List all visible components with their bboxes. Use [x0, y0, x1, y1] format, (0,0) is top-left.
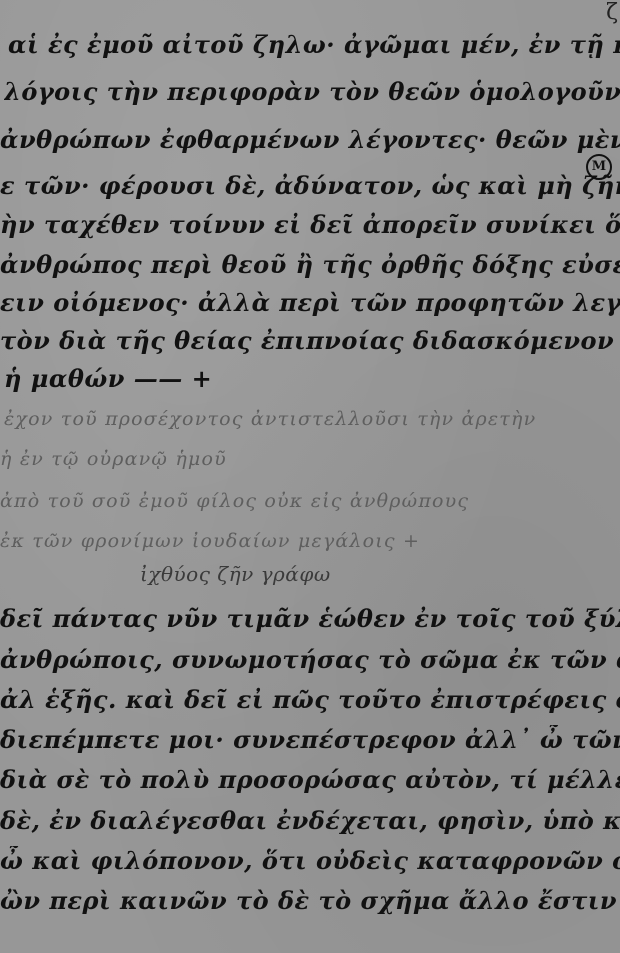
text-line: ἡ μαθών —— +: [4, 364, 620, 393]
faint-text-line: ἐχον τοῦ προσέχοντος ἀντιστελλοῦσι τὴν ἀ…: [4, 408, 620, 430]
text-line: δεῖ πάντας νῦν τιμᾶν ἑώθεν ἐν τοῖς τοῦ ξ…: [0, 604, 620, 633]
text-line: λόγοις τὴν περιφορὰν τὸν θεῶν ὁμολογοῦντ…: [4, 77, 620, 106]
corner-folio-mark: ζ: [606, 0, 618, 25]
text-line: ὴν ταχέθεν τοίνυν εἰ δεῖ ἀπορεῖν συνίκει…: [0, 210, 620, 239]
text-line: ε τῶν· φέρουσι δὲ, ἀδύνατον, ὡς καὶ μὴ ζ…: [0, 171, 620, 200]
text-line: διεπέμπετε μοι· συνεπέστρεφον ἀλλ᾽ ὦ τῶν…: [0, 725, 620, 754]
faint-text-line: ἡ ἐν τῷ οὐρανῷ ἡμοῦ: [0, 448, 620, 470]
text-line: ειν οἰόμενος· ἀλλὰ περὶ τῶν προφητῶν λεγ…: [0, 288, 620, 317]
text-line: ἀλ ἑξῆς. καὶ δεῖ εἰ πῶς τοῦτο ἐπιστρέφει…: [0, 685, 620, 714]
manuscript-page: ζ M αἱ ἐς ἐμοῦ αἰτοῦ ζηλω· ἀγῶμαι μέν, ἐ…: [0, 0, 620, 953]
text-line: ὢν περὶ καινῶν τὸ δὲ τὸ σχῆμα ἄλλο ἔστιν…: [0, 886, 620, 915]
text-line: ἀνθρώπων ἐφθαρμένων λέγοντες· θεῶν μὲν ζ…: [0, 125, 620, 154]
faint-text-line: ἐκ τῶν φρονίμων ἰουδαίων μεγάλοις +: [0, 530, 620, 552]
text-line: διὰ σὲ τὸ πολὺ προσορώσας αὐτὸν, τί μέλλ…: [0, 765, 620, 794]
text-line: ὦ καὶ φιλόπονον, ὅτι οὐδεὶς καταφρονῶν ο…: [0, 846, 620, 875]
faint-text-line: ἀπὸ τοῦ σοῦ ἐμοῦ φίλος οὐκ εἰς ἀνθρώπους: [0, 490, 620, 512]
text-line: ἀνθρώποις, συνωμοτήσας τὸ σῶμα ἐκ τῶν ἄλ…: [0, 645, 620, 674]
text-line: αἱ ἐς ἐμοῦ αἰτοῦ ζηλω· ἀγῶμαι μέν, ἐν τῇ…: [8, 30, 620, 59]
text-line: δὲ, ἐν διαλέγεσθαι ἐνδέχεται, φησὶν, ὑπὸ…: [0, 806, 620, 835]
signature-line: ἰχθύος ζῆν γράφω: [140, 562, 620, 586]
text-line: τὸν διὰ τῆς θείας ἐπιπνοίας διδασκόμενον…: [0, 326, 620, 355]
text-line: ἀνθρώπος περὶ θεοῦ ἢ τῆς ὀρθῆς δόξης εὐσ…: [0, 250, 620, 279]
